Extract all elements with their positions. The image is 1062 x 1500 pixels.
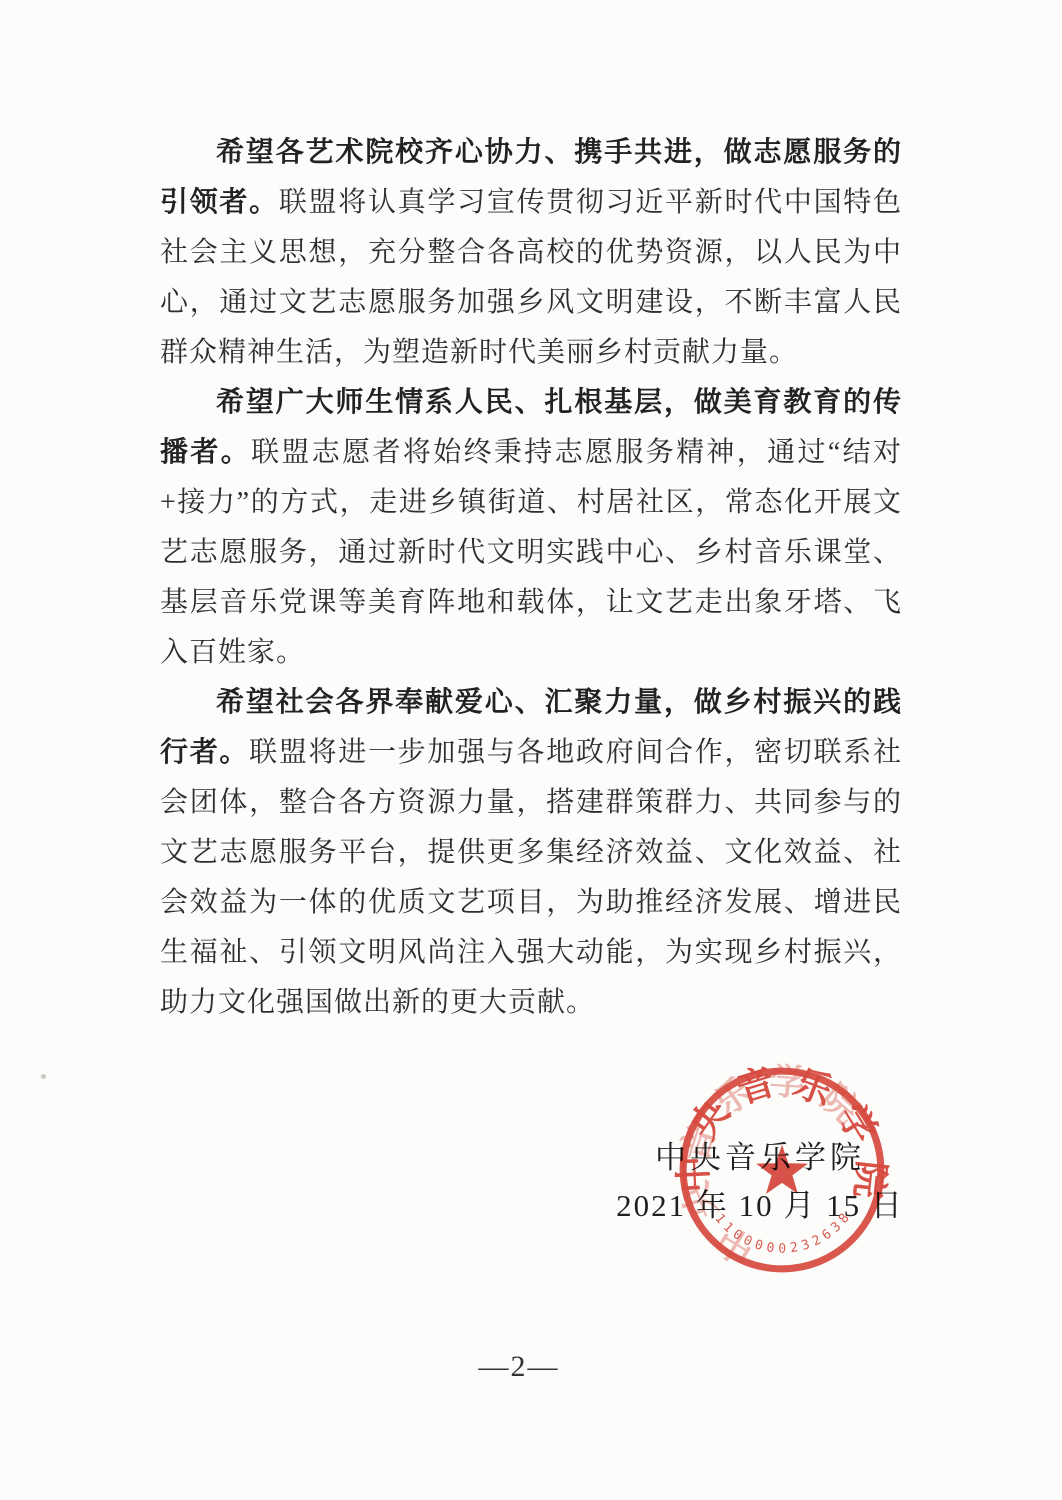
scanned-letter-page: 希望各艺术院校齐心协力、携手共进，做志愿服务的引领者。联盟将认真学习宣传贯彻习近… <box>0 0 1062 1500</box>
paragraph-1: 希望各艺术院校齐心协力、携手共进，做志愿服务的引领者。联盟将认真学习宣传贯彻习近… <box>160 128 902 378</box>
paragraph-3: 希望社会各界奉献爱心、汇聚力量，做乡村振兴的践行者。联盟将进一步加强与各地政府间… <box>160 678 902 1028</box>
letter-body: 希望各艺术院校齐心协力、携手共进，做志愿服务的引领者。联盟将认真学习宣传贯彻习近… <box>160 128 902 1028</box>
signature-date: 2021 年 10 月 15 日 <box>600 1182 920 1230</box>
signature-block: 中央音乐学院 2021 年 10 月 15 日 <box>600 1134 920 1230</box>
paragraph-2: 希望广大师生情系人民、扎根基层，做美育教育的传播者。联盟志愿者将始终秉持志愿服务… <box>160 378 902 678</box>
paragraph-2-body: 联盟志愿者将始终秉持志愿服务精神，通过“结对+接力”的方式，走进乡镇街道、村居社… <box>160 437 902 668</box>
paragraph-3-body: 联盟将进一步加强与各地政府间合作，密切联系社会团体，整合各方资源力量，搭建群策群… <box>160 737 902 1018</box>
signature-organization: 中央音乐学院 <box>600 1134 920 1182</box>
page-number: —2— <box>0 1350 1050 1384</box>
scan-speck <box>41 1074 46 1079</box>
